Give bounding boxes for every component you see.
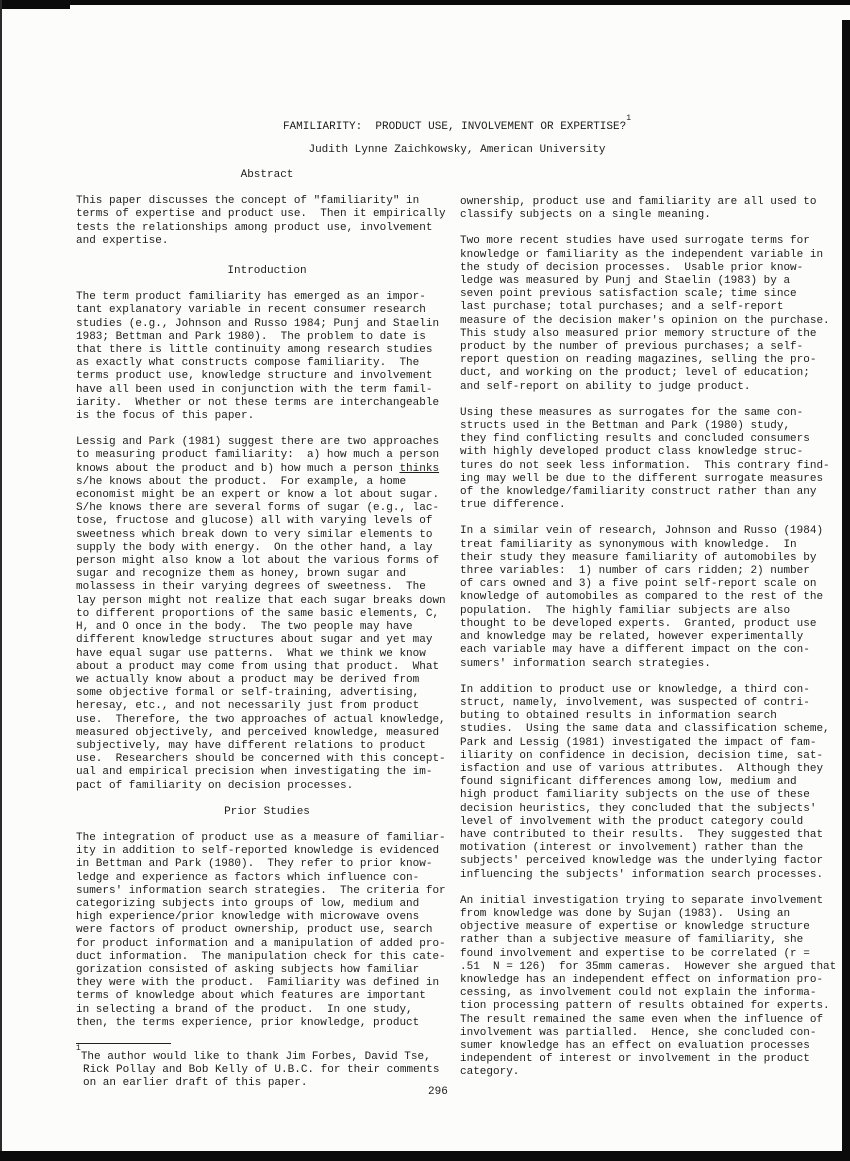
prior-studies-heading: Prior Studies: [76, 806, 458, 819]
left-column: Abstract This paper discusses the concep…: [76, 169, 458, 1091]
introduction-paragraph-2-post: s/he knows about the product. For exampl…: [76, 476, 446, 792]
right-paragraph-4: In a similar vein of research, Johnson a…: [460, 525, 840, 670]
footnote-text: The author would like to thank Jim Forbe…: [81, 1051, 440, 1089]
right-paragraph-6: An initial investigation trying to separ…: [460, 895, 840, 1080]
scan-edge-left: [0, 0, 2, 1161]
right-paragraph-2: Two more recent studies have used surrog…: [460, 235, 840, 393]
title-footnote-mark: 1: [626, 114, 631, 123]
prior-studies-paragraph-1: The integration of product use as a meas…: [76, 832, 458, 1030]
footnote: 1The author would like to thank Jim Forb…: [76, 1051, 458, 1091]
title-block: FAMILIARITY: PRODUCT USE, INVOLVEMENT OR…: [76, 121, 838, 157]
scanned-paper-page: FAMILIARITY: PRODUCT USE, INVOLVEMENT OR…: [0, 0, 850, 1161]
abstract-paragraph: This paper discusses the concept of "fam…: [76, 195, 458, 248]
introduction-heading: Introduction: [76, 265, 458, 278]
scan-edge-right: [842, 20, 850, 1161]
right-column: ownership, product use and familiarity a…: [460, 196, 840, 1080]
right-paragraph-1: ownership, product use and familiarity a…: [460, 196, 840, 222]
underlined-word: thinks: [399, 463, 439, 475]
scan-edge-top: [0, 0, 850, 5]
page-number: 296: [428, 1086, 448, 1099]
scan-edge-top-corner: [0, 0, 70, 9]
footnote-separator-rule: [76, 1043, 171, 1044]
right-paragraph-3: Using these measures as surrogates for t…: [460, 407, 840, 513]
introduction-paragraph-1: The term product familiarity has emerged…: [76, 291, 458, 423]
paper-title-text: FAMILIARITY: PRODUCT USE, INVOLVEMENT OR…: [283, 121, 626, 133]
author-line: Judith Lynne Zaichkowsky, American Unive…: [76, 144, 838, 157]
abstract-heading: Abstract: [76, 169, 458, 182]
paper-title: FAMILIARITY: PRODUCT USE, INVOLVEMENT OR…: [76, 121, 838, 134]
scan-edge-bottom: [0, 1151, 850, 1161]
introduction-paragraph-2-pre: Lessig and Park (1981) suggest there are…: [76, 436, 439, 474]
introduction-paragraph-2: Lessig and Park (1981) suggest there are…: [76, 436, 458, 792]
right-paragraph-5: In addition to product use or knowledge,…: [460, 684, 840, 882]
footnote-mark: 1: [76, 1044, 81, 1053]
